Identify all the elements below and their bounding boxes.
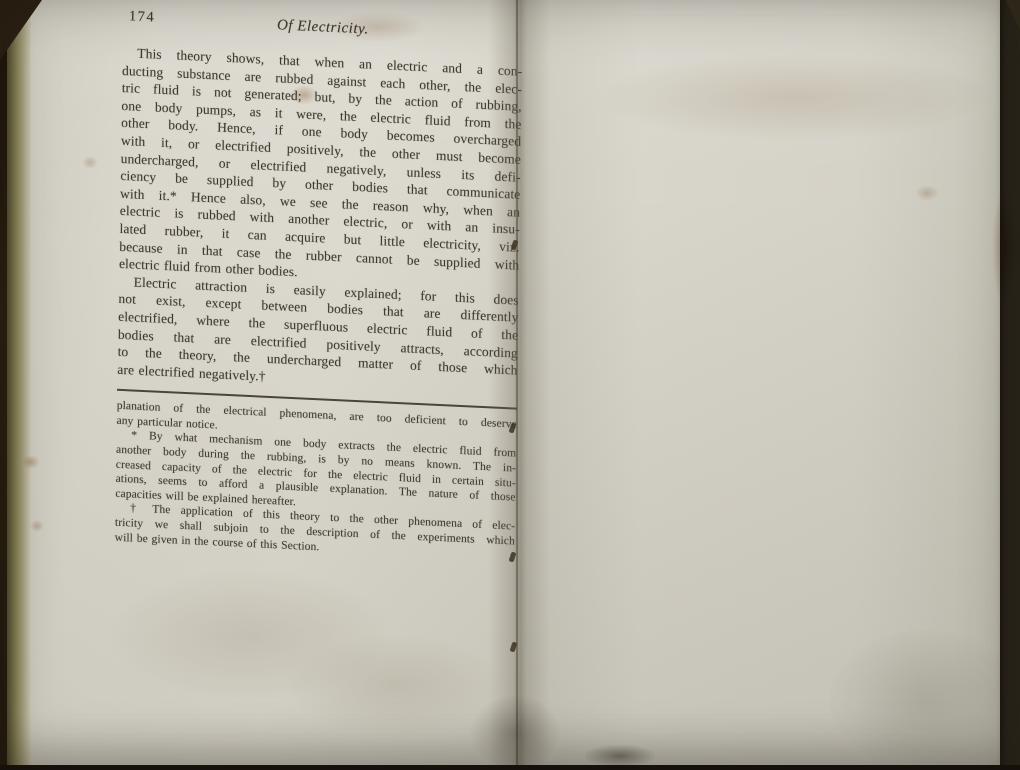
left-page-edges [7,0,31,765]
left-page-header: 174 Of Electricity. [123,10,523,47]
book-cover-edge [0,0,7,765]
left-page-footnotes: planation of the electrical phenomena, a… [115,399,517,564]
gutter-crease [516,0,518,765]
right-page-edge [996,0,1020,765]
page-number: 174 [129,8,156,26]
running-head: Of Electricity. [123,10,523,47]
paragraph: Electric attraction is easily explained;… [117,273,519,397]
open-book-photo: 174 Of Electricity. This theory shows, t… [0,0,1020,765]
left-page: 174 Of Electricity. This theory shows, t… [28,0,520,765]
right-page: Of Electricity. CHAPTER III. Of communic… [520,0,1000,765]
left-page-content: 174 Of Electricity. This theory shows, t… [115,10,523,564]
paragraph: This theory shows, that when an electric… [119,44,523,291]
left-page-body: This theory shows, that when an electric… [117,44,522,397]
